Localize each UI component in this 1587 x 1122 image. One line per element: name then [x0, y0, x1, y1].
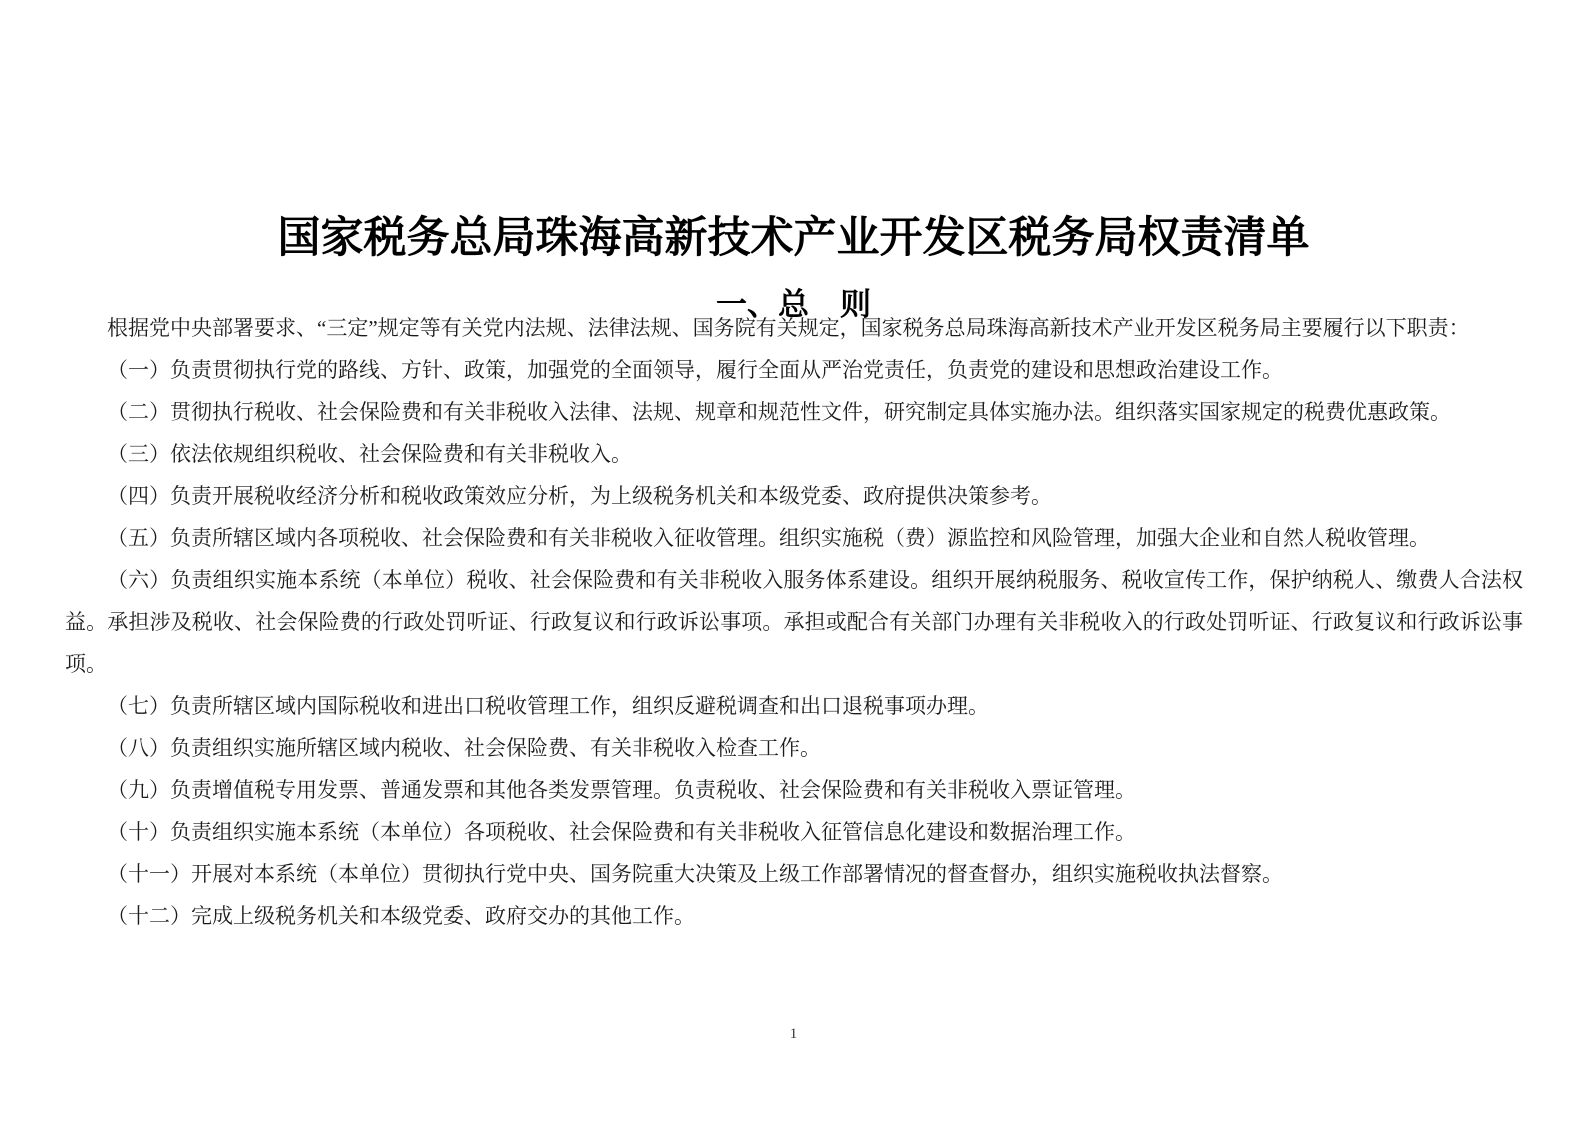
duty-item-10: （十）负责组织实施本系统（本单位）各项税收、社会保险费和有关非税收入征管信息化建…: [65, 811, 1523, 853]
duty-item-9: （九）负责增值税专用发票、普通发票和其他各类发票管理。负责税收、社会保险费和有关…: [65, 769, 1523, 811]
document-title: 国家税务总局珠海高新技术产业开发区税务局权责清单: [0, 213, 1587, 263]
duty-item-4: （四）负责开展税收经济分析和税收政策效应分析，为上级税务机关和本级党委、政府提供…: [65, 475, 1523, 517]
page-number: 1: [0, 1024, 1587, 1044]
intro-paragraph: 根据党中央部署要求、“三定”规定等有关党内法规、法律法规、国务院有关规定，国家税…: [65, 307, 1523, 349]
duty-item-2: （二）贯彻执行税收、社会保险费和有关非税收入法律、法规、规章和规范性文件，研究制…: [65, 391, 1523, 433]
duty-item-12: （十二）完成上级税务机关和本级党委、政府交办的其他工作。: [65, 895, 1523, 937]
duty-item-7: （七）负责所辖区域内国际税收和进出口税收管理工作，组织反避税调查和出口退税事项办…: [65, 685, 1523, 727]
document-page: 国家税务总局珠海高新技术产业开发区税务局权责清单 一、总 则 根据党中央部署要求…: [0, 0, 1587, 1122]
duty-item-5: （五）负责所辖区域内各项税收、社会保险费和有关非税收入征收管理。组织实施税（费）…: [65, 517, 1523, 559]
duty-item-8: （八）负责组织实施所辖区域内税收、社会保险费、有关非税收入检查工作。: [65, 727, 1523, 769]
duty-item-3: （三）依法依规组织税收、社会保险费和有关非税收入。: [65, 433, 1523, 475]
duty-item-6: （六）负责组织实施本系统（本单位）税收、社会保险费和有关非税收入服务体系建设。组…: [65, 559, 1523, 685]
duty-item-11: （十一）开展对本系统（本单位）贯彻执行党中央、国务院重大决策及上级工作部署情况的…: [65, 853, 1523, 895]
duty-item-1: （一）负责贯彻执行党的路线、方针、政策，加强党的全面领导，履行全面从严治党责任，…: [65, 349, 1523, 391]
document-body: 根据党中央部署要求、“三定”规定等有关党内法规、法律法规、国务院有关规定，国家税…: [65, 307, 1523, 937]
